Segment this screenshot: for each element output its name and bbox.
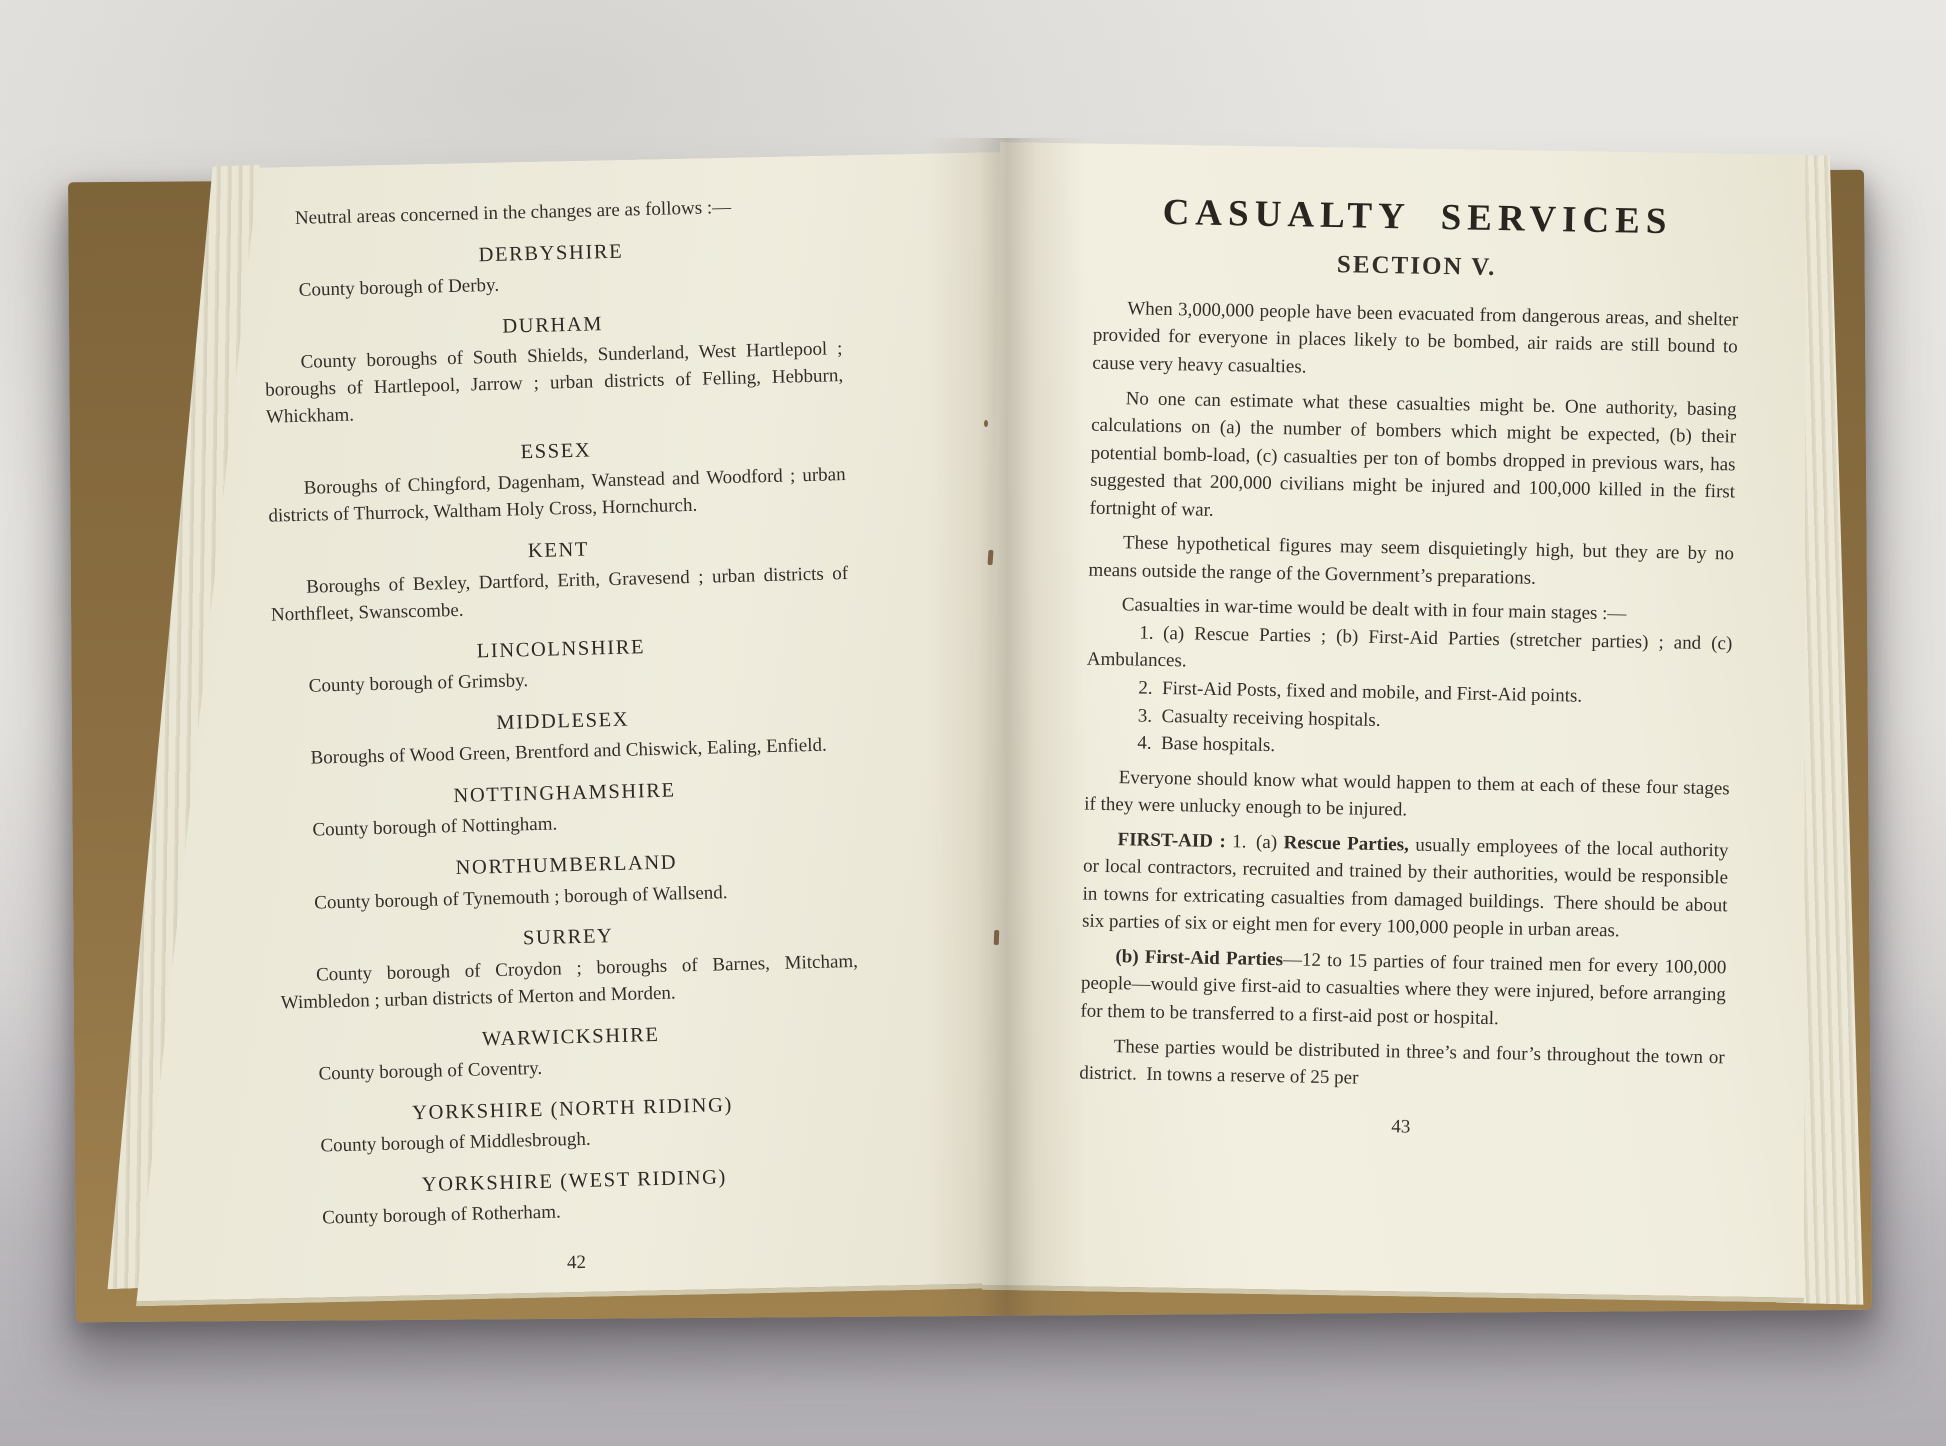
page-title: CASUALTY SERVICES bbox=[1095, 185, 1741, 250]
intro-text: Neutral areas concerned in the changes a… bbox=[261, 192, 839, 234]
county-body-essex: Boroughs of Chingford, Dagenham, Wanstea… bbox=[267, 462, 846, 531]
left-page-content: Neutral areas concerned in the changes a… bbox=[261, 192, 866, 1284]
section-subtitle: SECTION V. bbox=[1094, 242, 1740, 290]
paragraph-distribution: These parties would be distributed in th… bbox=[1079, 1032, 1725, 1099]
paragraph-everyone: Everyone should know what would happen t… bbox=[1084, 763, 1730, 830]
staple-icon bbox=[994, 930, 1000, 945]
county-body-surrey: County borough of Croydon ; boroughs of … bbox=[280, 948, 859, 1017]
booklet-page-43: CASUALTY SERVICES SECTION V. When 3,000,… bbox=[982, 142, 1822, 1303]
county-body-durham: County boroughs of South Shields, Sunder… bbox=[264, 336, 844, 432]
rescue-parties-label: Rescue Parties, bbox=[1283, 832, 1409, 855]
paragraph-evacuation: When 3,000,000 people have been evacuate… bbox=[1092, 295, 1738, 389]
paragraph-hypothetical: These hypothetical figures may seem disq… bbox=[1088, 529, 1734, 596]
right-page-content: CASUALTY SERVICES SECTION V. When 3,000,… bbox=[1078, 185, 1740, 1147]
page-number-42: 42 bbox=[287, 1243, 865, 1285]
paragraph-estimate: No one can estimate what these casualtie… bbox=[1089, 384, 1736, 534]
page-number-43: 43 bbox=[1078, 1107, 1723, 1146]
first-aid-numbering: 1. (a) bbox=[1226, 831, 1284, 853]
first-aid-label: FIRST-AID : bbox=[1117, 829, 1226, 852]
photo-backdrop: Neutral areas concerned in the changes a… bbox=[0, 0, 1946, 1446]
paragraph-first-aid-rescue: FIRST-AID : 1. (a) Rescue Parties, usual… bbox=[1082, 825, 1729, 947]
booklet-page-42: Neutral areas concerned in the changes a… bbox=[112, 152, 1024, 1306]
paragraph-first-aid-parties: (b) First-Aid Parties—12 to 15 parties o… bbox=[1080, 942, 1726, 1036]
spine-speck bbox=[984, 420, 988, 427]
first-aid-parties-label: (b) First-Aid Parties bbox=[1115, 946, 1283, 970]
county-body-kent: Boroughs of Bexley, Dartford, Erith, Gra… bbox=[270, 561, 849, 630]
staple-icon bbox=[987, 550, 993, 565]
